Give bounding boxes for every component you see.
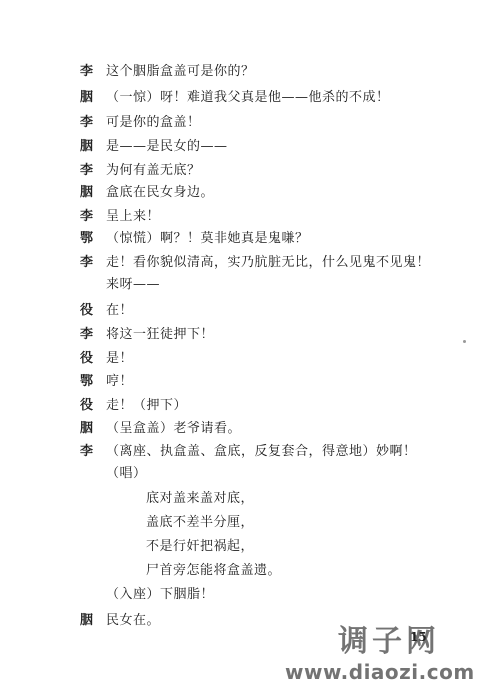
line-text: （入座）下胭脂！ [106, 584, 214, 606]
speaker: 胭 [80, 418, 106, 440]
speaker: 李 [80, 61, 106, 83]
dialogue-line: 胭是——是民女的—— [80, 136, 228, 158]
speaker: 胭 [80, 610, 106, 632]
verse-line: 不是行奸把祸起， [80, 536, 254, 558]
line-text: 走！（押下） [106, 395, 187, 417]
line-text: 为何有盖无底？ [106, 160, 201, 182]
dialogue-line: 胭民女在。 [80, 610, 160, 632]
scan-speck [463, 340, 466, 343]
line-text: （唱） [106, 463, 147, 485]
verse-line: 尸首旁怎能将盒盖遗。 [80, 560, 281, 582]
verse-line: 盖底不差半分厘， [80, 512, 254, 534]
speaker: 李 [80, 441, 106, 463]
line-text: 可是你的盒盖！ [106, 112, 201, 134]
line-text: 在！ [106, 300, 133, 322]
dialogue-line: 李走！看你貌似清高，实乃肮脏无比，什么见鬼不见鬼！ [80, 252, 430, 274]
speaker: 胭 [80, 136, 106, 158]
dialogue-line: 李为何有盖无底？ [80, 160, 201, 182]
line-text: 走！看你貌似清高，实乃肮脏无比，什么见鬼不见鬼！ [106, 252, 430, 274]
line-text: 来呀—— [106, 274, 160, 296]
speaker: 役 [80, 395, 106, 417]
dialogue-line: 役在！ [80, 300, 133, 322]
dialogue-line: 胭（一惊）呀！难道我父真是他——他杀的不成！ [80, 87, 390, 109]
speaker: 李 [80, 252, 106, 274]
dialogue-line: 胭盒底在民女身边。 [80, 182, 214, 204]
line-text: 是！ [106, 348, 133, 370]
speaker: 鄂 [80, 228, 106, 250]
dialogue-line: 李可是你的盒盖！ [80, 112, 201, 134]
speaker: 李 [80, 112, 106, 134]
line-text: 哼！ [106, 371, 133, 393]
line-text: （一惊）呀！难道我父真是他——他杀的不成！ [106, 87, 390, 109]
speaker: 役 [80, 348, 106, 370]
script-page: 李这个胭脂盒盖可是你的？ 胭（一惊）呀！难道我父真是他——他杀的不成！ 李可是你… [0, 0, 504, 690]
stage-direction: （入座）下胭脂！ [80, 584, 214, 606]
line-text: （呈盒盖）老爷请看。 [106, 418, 241, 440]
line-text: 这个胭脂盒盖可是你的？ [106, 61, 255, 83]
speaker: 李 [80, 160, 106, 182]
page-number: 15 [410, 630, 427, 644]
watermark-url: www.diaozi.com [285, 660, 475, 684]
stage-direction: （唱） [80, 463, 147, 485]
line-text: 是——是民女的—— [106, 136, 228, 158]
line-text: （离座、执盒盖、盒底，反复套合，得意地）妙啊！ [106, 441, 417, 463]
speaker: 役 [80, 300, 106, 322]
line-text: 将这一狂徒押下！ [106, 324, 214, 346]
verse-line: 底对盖来盖对底， [80, 488, 254, 510]
speaker: 李 [80, 206, 106, 228]
dialogue-line: 鄂（惊慌）啊？！莫非她真是鬼嗛？ [80, 228, 309, 250]
line-text: 呈上来！ [106, 206, 160, 228]
line-text: 民女在。 [106, 610, 160, 632]
dialogue-line: 李这个胭脂盒盖可是你的？ [80, 61, 255, 83]
line-text: 盒底在民女身边。 [106, 182, 214, 204]
speaker: 鄂 [80, 371, 106, 393]
dialogue-line: 役是！ [80, 348, 133, 370]
speaker: 胭 [80, 87, 106, 109]
line-text: （惊慌）啊？！莫非她真是鬼嗛？ [106, 228, 309, 250]
dialogue-line: 鄂哼！ [80, 371, 133, 393]
speaker: 胭 [80, 182, 106, 204]
dialogue-line: 李将这一狂徒押下！ [80, 324, 214, 346]
continuation-line: 来呀—— [80, 274, 160, 296]
dialogue-line: 李呈上来！ [80, 206, 160, 228]
dialogue-line: 李（离座、执盒盖、盒底，反复套合，得意地）妙啊！ [80, 441, 417, 463]
dialogue-line: 役走！（押下） [80, 395, 187, 417]
speaker: 李 [80, 324, 106, 346]
dialogue-line: 胭（呈盒盖）老爷请看。 [80, 418, 241, 440]
